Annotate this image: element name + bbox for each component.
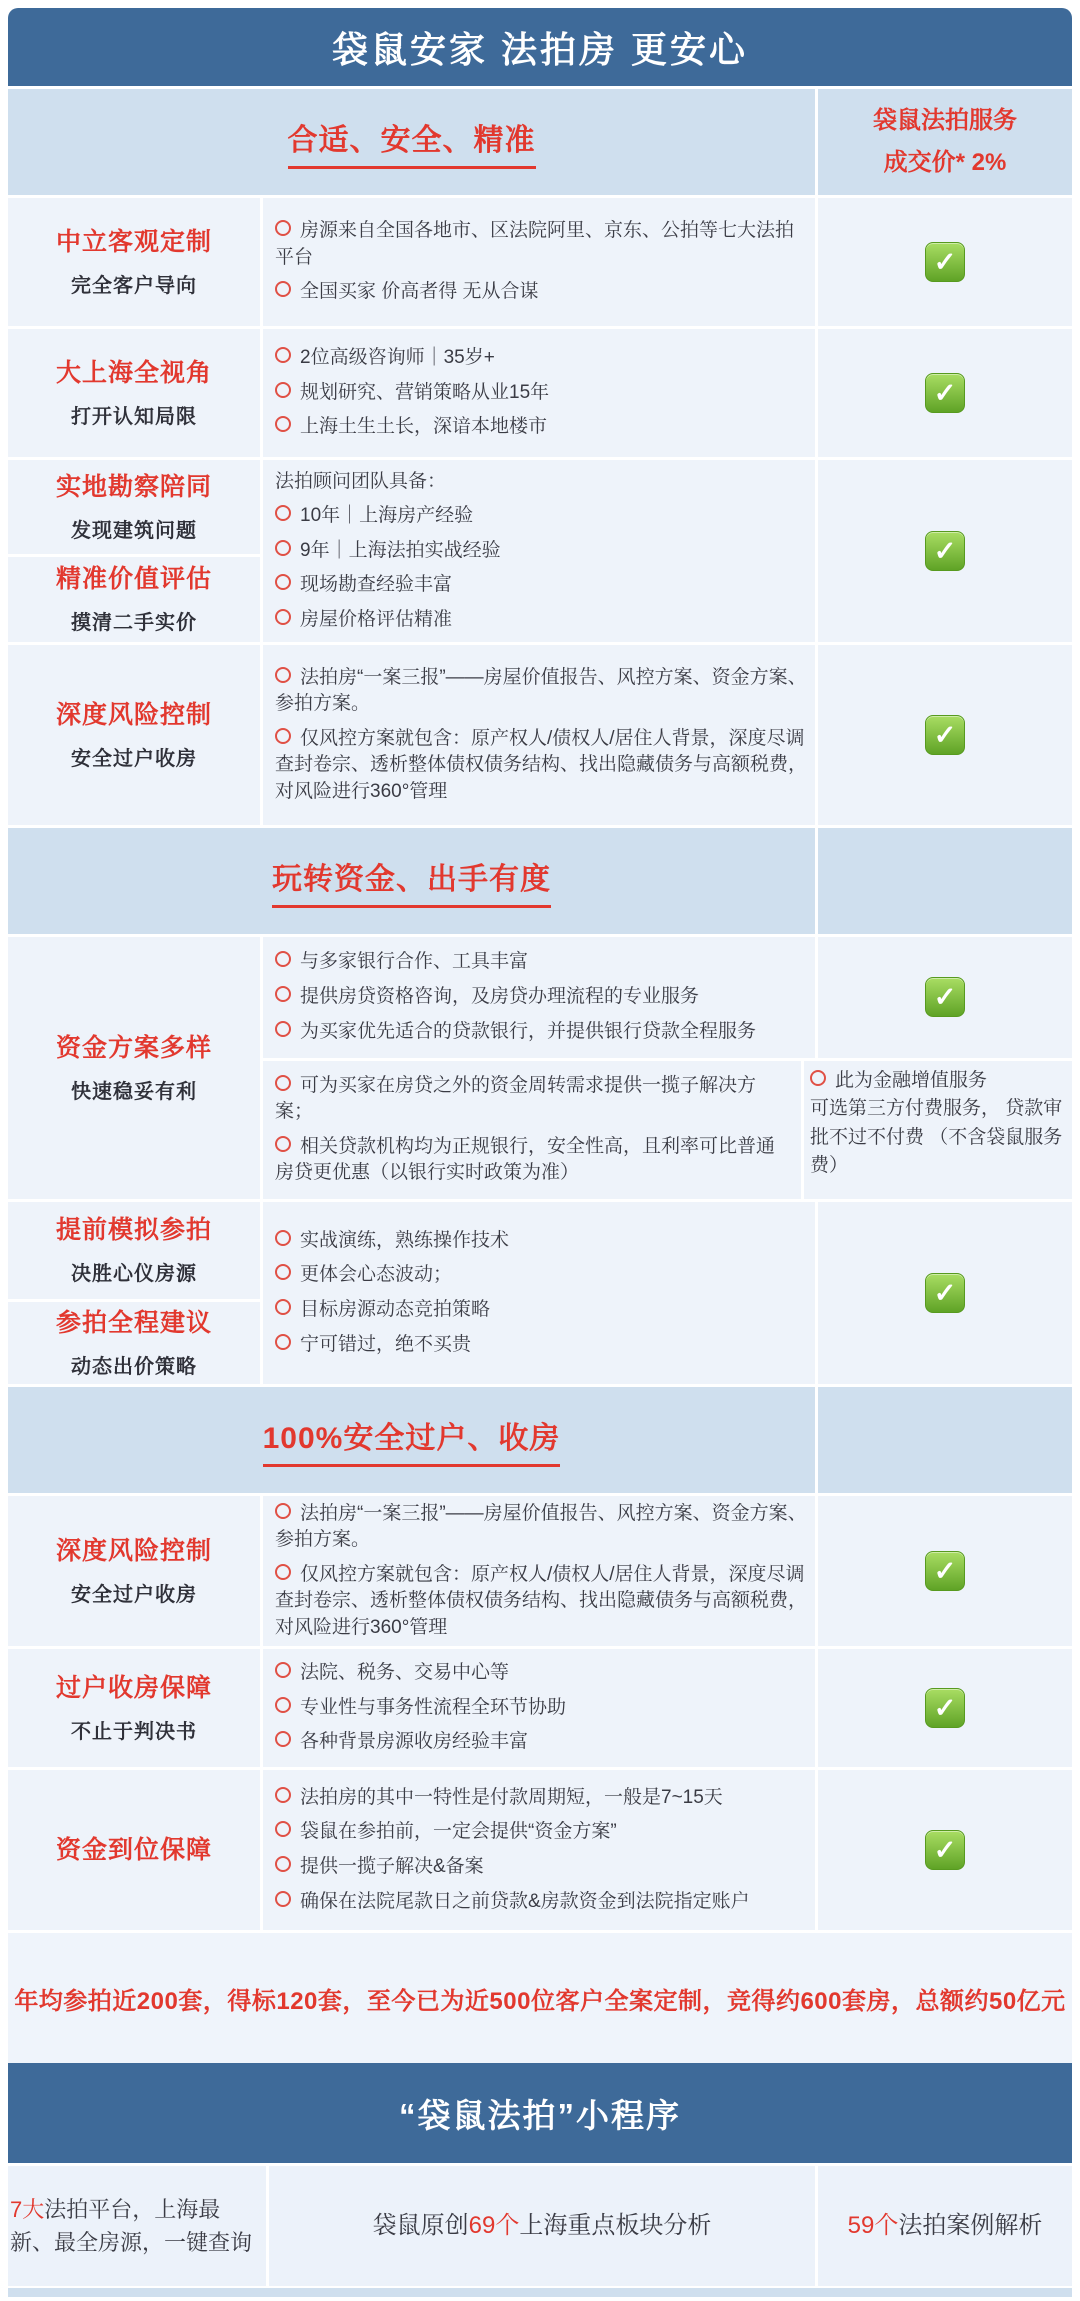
row-detail-cell: 法拍房“一案三报”——房屋价值报告、风控方案、资金方案、参拍方案。 仅风控方案就… [263, 1496, 815, 1646]
bullet: 上海土生土长，深谙本地楼市 [275, 414, 807, 441]
row-label-cell: 深度风险控制 安全过户收房 [8, 1496, 260, 1646]
bullet: 实战演练，熟练操作技术 [275, 1228, 807, 1255]
row-sublabel: 快速稳妥有利 [71, 1075, 197, 1104]
row-sublabel: 打开认知局限 [71, 400, 197, 429]
bullet: 专业性与事务性流程全环节协助 [275, 1695, 807, 1722]
bullet: 9年｜上海法拍实战经验 [275, 538, 807, 565]
row-label: 中立客观定制 [56, 227, 212, 257]
footer-cell-analysis: 袋鼠原创69个上海重点板块分析 [269, 2166, 815, 2286]
section2-header: 玩转资金、出手有度 [8, 828, 815, 934]
row-label: 资金到位保障 [56, 1835, 212, 1865]
bullet: 与多家银行合作、工具丰富 [275, 949, 807, 976]
row-sublabel: 安全过户收房 [71, 1578, 197, 1607]
circle-bullet-icon [275, 281, 291, 297]
circle-bullet-icon [275, 1787, 291, 1803]
row-label-cell: 资金方案多样 快速稳妥有利 [8, 937, 260, 1199]
row-label: 深度风险控制 [56, 700, 212, 730]
row-sublabel: 摸清二手实价 [71, 606, 197, 635]
footer-cell-cases: 59个法拍案例解析 [818, 2166, 1072, 2286]
table-row: 中立客观定制 完全客户导向 房源来自全国各地市、区法院阿里、京东、公拍等七大法拍… [8, 198, 1072, 326]
circle-bullet-icon [275, 1334, 291, 1350]
miniprogram-bar: “袋鼠法拍”小程序 [8, 2063, 1072, 2163]
row-label-cell: 过户收房保障 不止于判决书 [8, 1649, 260, 1767]
bullet: 法拍房的其中一特性是付款周期短，一般是7~15天 [275, 1785, 807, 1812]
service-fee-header: 袋鼠法拍服务 成交价* 2% [818, 89, 1072, 195]
row-check-cell: ✓ [818, 1496, 1072, 1646]
row-detail-cell: 与多家银行合作、工具丰富 提供房贷资格咨询，及房贷办理流程的专业服务 为买家优先… [263, 937, 815, 1058]
section2-header-row: 玩转资金、出手有度 [8, 828, 1072, 934]
circle-bullet-icon [275, 505, 291, 521]
row-check-cell: ✓ [818, 645, 1072, 825]
summary-text: 年均参拍近200套，得标120套，至今已为近500位客户全案定制，竞得约600套… [14, 1981, 1065, 2016]
bullet: 规划研究、营销策略从业15年 [275, 380, 807, 407]
circle-bullet-icon [810, 1070, 826, 1086]
section1-title: 合适、安全、精准 [288, 115, 536, 169]
note-text: 可选第三方付费服务， 贷款审批不过不付费 （不含袋鼠服务费） [810, 1095, 1064, 1181]
circle-bullet-icon [275, 220, 291, 236]
bullet: 袋鼠在参拍前，一定会提供“资金方案” [275, 1819, 807, 1846]
row-check-cell: ✓ [818, 1202, 1072, 1384]
row-check-cell: ✓ [818, 198, 1072, 326]
circle-bullet-icon [275, 1136, 291, 1152]
bullet: 宁可错过，绝不买贵 [275, 1332, 807, 1359]
circle-bullet-icon [275, 416, 291, 432]
circle-bullet-icon [275, 1021, 291, 1037]
financial-note-cell: 此为金融增值服务 可选第三方付费服务， 贷款审批不过不付费 （不含袋鼠服务费） [804, 1061, 1072, 1199]
check-icon: ✓ [925, 977, 965, 1017]
footer-row: 7大法拍平台，上海最新、最全房源，一键查询 袋鼠原创69个上海重点板块分析 59… [8, 2166, 1072, 2286]
footer-text: 袋鼠原创69个上海重点板块分析 [373, 2208, 712, 2244]
bullet: 法院、税务、交易中心等 [275, 1660, 807, 1687]
service-fee-line2: 成交价* 2% [884, 142, 1007, 184]
row-sublabel: 不止于判决书 [71, 1715, 197, 1744]
bullet: 相关贷款机构均为正规银行，安全性高，且利率可比普通房贷更优惠（以银行实时政策为准… [275, 1134, 793, 1187]
row-detail-cell: 法拍房的其中一特性是付款周期短，一般是7~15天 袋鼠在参拍前，一定会提供“资金… [263, 1770, 815, 1930]
section3-header-row: 100%安全过户、收房 [8, 1387, 1072, 1493]
check-icon: ✓ [925, 1688, 965, 1728]
row-check-cell: ✓ [818, 1770, 1072, 1930]
table-row: 提前模拟参拍 决胜心仪房源 参拍全程建议 动态出价策略 实战演练，熟练操作技术 … [8, 1202, 1072, 1384]
bullet: 各种背景房源收房经验丰富 [275, 1729, 807, 1756]
bullet: 法拍房“一案三报”——房屋价值报告、风控方案、资金方案、参拍方案。 [275, 1501, 807, 1554]
row-sublabel: 发现建筑问题 [71, 514, 197, 543]
circle-bullet-icon [275, 667, 291, 683]
row-check-cell: ✓ [818, 1649, 1072, 1767]
section3-title: 100%安全过户、收房 [263, 1413, 561, 1467]
bullet: 提供一揽子解决&备案 [275, 1854, 807, 1881]
circle-bullet-icon [275, 1075, 291, 1091]
row-sublabel: 决胜心仪房源 [71, 1257, 197, 1286]
circle-bullet-icon [275, 728, 291, 744]
circle-bullet-icon [275, 347, 291, 363]
bullet: 目标房源动态竞拍策略 [275, 1297, 807, 1324]
bullet: 确保在法院尾款日之前贷款&房款资金到法院指定账户 [275, 1889, 807, 1916]
check-icon: ✓ [925, 242, 965, 282]
row-detail-cell: 实战演练，熟练操作技术 更体会心态波动； 目标房源动态竞拍策略 宁可错过，绝不买… [263, 1202, 815, 1384]
table-row: 实地勘察陪同 发现建筑问题 精准价值评估 摸清二手实价 法拍顾问团队具备： 10… [8, 460, 1072, 642]
circle-bullet-icon [275, 951, 291, 967]
row-label-cell: 深度风险控制 安全过户收房 [8, 645, 260, 825]
circle-bullet-icon [275, 1821, 291, 1837]
title-bar: 袋鼠安家 法拍房 更安心 [8, 8, 1072, 86]
table-row: 资金到位保障 法拍房的其中一特性是付款周期短，一般是7~15天 袋鼠在参拍前，一… [8, 1770, 1072, 1930]
sub-row: 与多家银行合作、工具丰富 提供房贷资格咨询，及房贷办理流程的专业服务 为买家优先… [263, 937, 1072, 1058]
circle-bullet-icon [275, 1230, 291, 1246]
check-icon: ✓ [925, 1551, 965, 1591]
service-fee-line1: 袋鼠法拍服务 [873, 100, 1017, 142]
row-label: 大上海全视角 [56, 358, 212, 388]
row-check-cell: ✓ [818, 329, 1072, 457]
row-label-cell: 中立客观定制 完全客户导向 [8, 198, 260, 326]
row-check-cell: ✓ [818, 460, 1072, 642]
row-label: 深度风险控制 [56, 1536, 212, 1566]
row-label: 提前模拟参拍 [56, 1215, 212, 1245]
check-icon: ✓ [925, 1830, 965, 1870]
check-icon: ✓ [925, 715, 965, 755]
table-row: 深度风险控制 安全过户收房 法拍房“一案三报”——房屋价值报告、风控方案、资金方… [8, 1496, 1072, 1646]
footer-text: 7大法拍平台，上海最新、最全房源，一键查询 [10, 2193, 262, 2259]
row-label: 过户收房保障 [56, 1673, 212, 1703]
bullet: 为买家优先适合的贷款银行，并提供银行贷款全程服务 [275, 1019, 807, 1046]
circle-bullet-icon [275, 986, 291, 1002]
circle-bullet-icon [275, 1299, 291, 1315]
circle-bullet-icon [275, 1697, 291, 1713]
bottom-strip [8, 2288, 1072, 2297]
check-icon: ✓ [925, 373, 965, 413]
row-label-cell: 实地勘察陪同 发现建筑问题 [8, 460, 260, 554]
section3-header: 100%安全过户、收房 [8, 1387, 815, 1493]
circle-bullet-icon [275, 609, 291, 625]
row-detail-cell: 2位高级咨询师｜35岁+ 规划研究、营销策略从业15年 上海土生土长，深谙本地楼… [263, 329, 815, 457]
row-sublabel: 安全过户收房 [71, 742, 197, 771]
circle-bullet-icon [275, 1891, 291, 1907]
row-label-cell: 大上海全视角 打开认知局限 [8, 329, 260, 457]
check-icon: ✓ [925, 1273, 965, 1313]
row-label-cell: 参拍全程建议 动态出价策略 [8, 1302, 260, 1384]
note-line: 此为金融增值服务 [810, 1067, 987, 1096]
table-row: 资金方案多样 快速稳妥有利 与多家银行合作、工具丰富 提供房贷资格咨询，及房贷办… [8, 937, 1072, 1199]
table-row: 大上海全视角 打开认知局限 2位高级咨询师｜35岁+ 规划研究、营销策略从业15… [8, 329, 1072, 457]
row-detail-column: 与多家银行合作、工具丰富 提供房贷资格咨询，及房贷办理流程的专业服务 为买家优先… [263, 937, 1072, 1199]
bullet: 房屋价格评估精准 [275, 607, 807, 634]
row-sublabel: 动态出价策略 [71, 1350, 197, 1379]
footer-text: 59个法拍案例解析 [848, 2208, 1043, 2244]
row-check-cell: ✓ [818, 937, 1072, 1058]
row-sublabel: 完全客户导向 [71, 269, 197, 298]
table-row: 深度风险控制 安全过户收房 法拍房“一案三报”——房屋价值报告、风控方案、资金方… [8, 645, 1072, 825]
row-label: 资金方案多样 [56, 1033, 212, 1063]
page-title: 袋鼠安家 法拍房 更安心 [332, 22, 748, 73]
bullet: 现场勘查经验丰富 [275, 572, 807, 599]
circle-bullet-icon [275, 1731, 291, 1747]
row-label: 精准价值评估 [56, 564, 212, 594]
row-label: 参拍全程建议 [56, 1308, 212, 1338]
row-detail-cell: 法拍顾问团队具备： 10年｜上海房产经验 9年｜上海法拍实战经验 现场勘查经验丰… [263, 460, 815, 642]
circle-bullet-icon [275, 540, 291, 556]
row-detail-cell: 房源来自全国各地市、区法院阿里、京东、公拍等七大法拍平台 全国买家 价高者得 无… [263, 198, 815, 326]
section1-header: 合适、安全、精准 [8, 89, 815, 195]
footer-cell-platforms: 7大法拍平台，上海最新、最全房源，一键查询 [8, 2166, 266, 2286]
sub-row: 可为买家在房贷之外的资金周转需求提供一揽子解决方案； 相关贷款机构均为正规银行，… [263, 1061, 1072, 1199]
check-icon: ✓ [925, 531, 965, 571]
bullet: 更体会心态波动； [275, 1262, 807, 1289]
detail-intro: 法拍顾问团队具备： [275, 469, 807, 496]
bullet: 提供房贷资格咨询，及房贷办理流程的专业服务 [275, 984, 807, 1011]
circle-bullet-icon [275, 1856, 291, 1872]
circle-bullet-icon [275, 1264, 291, 1280]
row-label-column: 实地勘察陪同 发现建筑问题 精准价值评估 摸清二手实价 [8, 460, 260, 642]
circle-bullet-icon [275, 382, 291, 398]
bullet: 全国买家 价高者得 无从合谋 [275, 279, 807, 306]
circle-bullet-icon [275, 1564, 291, 1580]
row-label-cell: 资金到位保障 [8, 1770, 260, 1930]
row-label-cell: 提前模拟参拍 决胜心仪房源 [8, 1202, 260, 1299]
row-label: 实地勘察陪同 [56, 472, 212, 502]
bullet: 房源来自全国各地市、区法院阿里、京东、公拍等七大法拍平台 [275, 218, 807, 271]
bullet: 仅风控方案就包含：原产权人/债权人/居住人背景，深度尽调查封卷宗、透析整体债权债… [275, 1562, 807, 1642]
row-label-cell: 精准价值评估 摸清二手实价 [8, 557, 260, 642]
table-row: 过户收房保障 不止于判决书 法院、税务、交易中心等 专业性与事务性流程全环节协助… [8, 1649, 1072, 1767]
row-detail-cell: 可为买家在房贷之外的资金周转需求提供一揽子解决方案； 相关贷款机构均为正规银行，… [263, 1061, 801, 1199]
bullet: 可为买家在房贷之外的资金周转需求提供一揽子解决方案； [275, 1073, 793, 1126]
section2-header-side [818, 828, 1072, 934]
row-detail-cell: 法院、税务、交易中心等 专业性与事务性流程全环节协助 各种背景房源收房经验丰富 [263, 1649, 815, 1767]
miniprogram-title: “袋鼠法拍”小程序 [399, 2090, 681, 2137]
circle-bullet-icon [275, 1662, 291, 1678]
bullet: 2位高级咨询师｜35岁+ [275, 345, 807, 372]
row-detail-cell: 法拍房“一案三报”——房屋价值报告、风控方案、资金方案、参拍方案。 仅风控方案就… [263, 645, 815, 825]
bullet: 仅风控方案就包含：原产权人/债权人/居住人背景，深度尽调查封卷宗、透析整体债权债… [275, 726, 807, 806]
bullet: 10年｜上海房产经验 [275, 503, 807, 530]
summary-band: 年均参拍近200套，得标120套，至今已为近500位客户全案定制，竞得约600套… [8, 1933, 1072, 2063]
bullet: 法拍房“一案三报”——房屋价值报告、风控方案、资金方案、参拍方案。 [275, 665, 807, 718]
section3-header-side [818, 1387, 1072, 1493]
section1-header-row: 合适、安全、精准 袋鼠法拍服务 成交价* 2% [8, 89, 1072, 195]
circle-bullet-icon [275, 574, 291, 590]
infographic-table: 袋鼠安家 法拍房 更安心 合适、安全、精准 袋鼠法拍服务 成交价* 2% 中立客… [0, 0, 1080, 2297]
section2-title: 玩转资金、出手有度 [272, 854, 551, 908]
circle-bullet-icon [275, 1503, 291, 1519]
row-label-column: 提前模拟参拍 决胜心仪房源 参拍全程建议 动态出价策略 [8, 1202, 260, 1384]
